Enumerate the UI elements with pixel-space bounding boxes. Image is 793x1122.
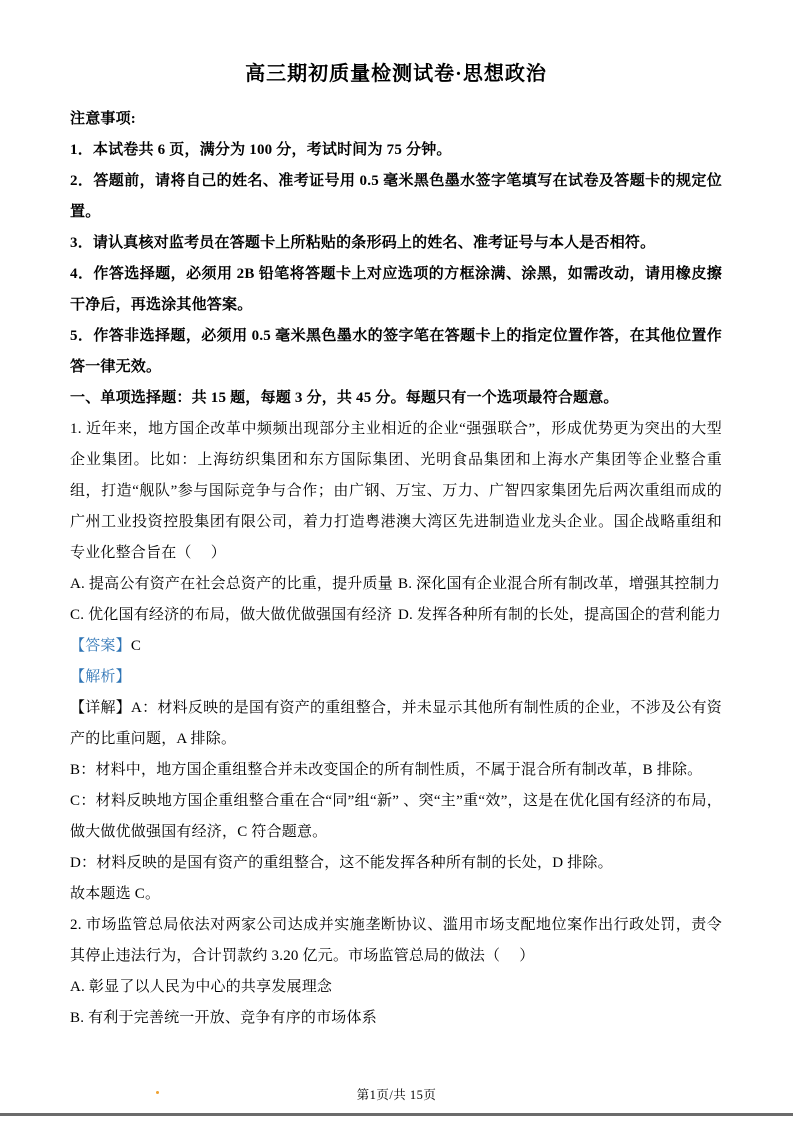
question-2-stem: 2. 市场监管总局依法对两家公司达成并实施垄断协议、滥用市场支配地位案作出行政处… [70,910,722,972]
question-1-option-a: A. 提高公有资产在社会总资产的比重，提升质量 [70,569,398,600]
question-1-options-row-ab: A. 提高公有资产在社会总资产的比重，提升质量 B. 深化国有企业混合所有制改革… [70,569,722,600]
page-title: 高三期初质量检测试卷·思想政治 [70,58,722,90]
notice-item-2: 2．答题前，请将自己的姓名、准考证号用 0.5 毫米黑色墨水签字笔填写在试卷及答… [70,166,722,228]
detail-paragraph-d: D：材料反映的是国有资产的重组整合，这不能发挥各种所有制的长处，D 排除。 [70,848,722,879]
notice-heading: 注意事项: [70,104,722,135]
notice-item-5: 5．作答非选择题，必须用 0.5 毫米黑色墨水的签字笔在答题卡上的指定位置作答，… [70,321,722,383]
detail-paragraph-b: B：材料中，地方国企重组整合并未改变国企的所有制性质，不属于混合所有制改革，B … [70,755,722,786]
viewer-bottom-bar [0,1113,793,1116]
question-2-option-a: A. 彰显了以人民为中心的共享发展理念 [70,972,722,1003]
detail-paragraph-c: C：材料反映地方国企重组整合重在合“同”组“新” 、突“主”重“效”，这是在优化… [70,786,722,848]
document-page: 高三期初质量检测试卷·思想政治 注意事项: 1．本试卷共 6 页，满分为 100… [0,0,793,1122]
question-1-stem: 1. 近年来，地方国企改革中频频出现部分主业相近的企业“强强联合”，形成优势更为… [70,414,722,569]
question-1-option-d: D. 发挥各种所有制的长处，提高国企的营利能力 [398,600,721,631]
question-1-option-b: B. 深化国有企业混合所有制改革，增强其控制力 [398,569,720,600]
notice-item-1: 1．本试卷共 6 页，满分为 100 分，考试时间为 75 分钟。 [70,135,722,166]
answer-line: 【答案】C [70,631,722,662]
page-content: 高三期初质量检测试卷·思想政治 注意事项: 1．本试卷共 6 页，满分为 100… [0,58,793,1034]
question-1-option-c: C. 优化国有经济的布局，做大做优做强国有经济 [70,600,398,631]
notice-item-4: 4．作答选择题，必须用 2B 铅笔将答题卡上对应选项的方框涂满、涂黑，如需改动，… [70,259,722,321]
analysis-label: 【解析】 [70,669,131,685]
analysis-line: 【解析】 [70,662,722,693]
question-2-option-b: B. 有利于完善统一开放、竞争有序的市场体系 [70,1003,722,1034]
orange-speck [156,1091,159,1094]
question-1-options-row-cd: C. 优化国有经济的布局，做大做优做强国有经济 D. 发挥各种所有制的长处，提高… [70,600,722,631]
detail-paragraph-a: 【详解】A：材料反映的是国有资产的重组整合，并未显示其他所有制性质的企业，不涉及… [70,693,722,755]
answer-label: 【答案】 [70,638,131,654]
page-number-footer: 第1页/共 15页 [0,1087,793,1103]
detail-conclusion: 故本题选 C。 [70,879,722,910]
notice-item-3: 3．请认真核对监考员在答题卡上所粘贴的条形码上的姓名、准考证号与本人是否相符。 [70,228,722,259]
answer-value: C [131,638,141,654]
section-heading: 一、单项选择题：共 15 题，每题 3 分，共 45 分。每题只有一个选项最符合… [70,383,722,414]
